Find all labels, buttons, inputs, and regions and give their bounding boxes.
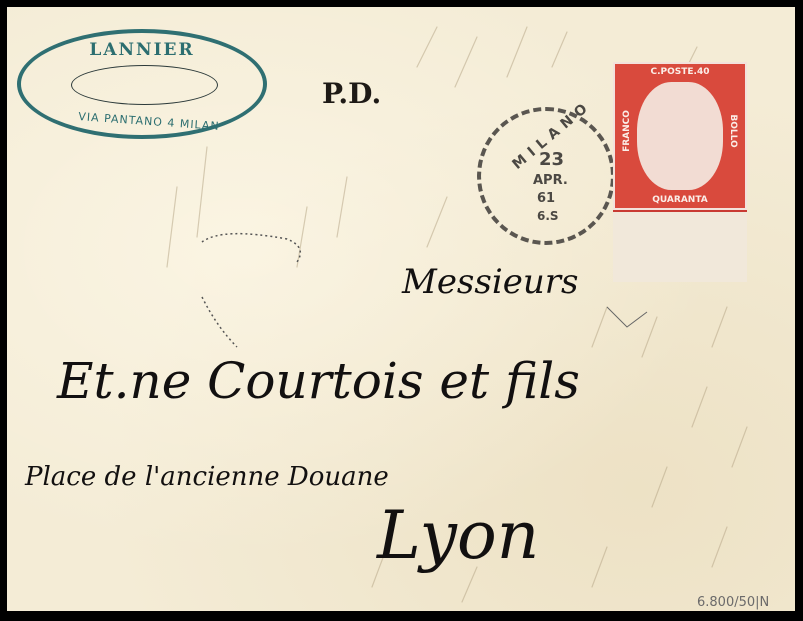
stamp-left-text: FRANCO [622, 101, 632, 161]
postage-stamp-40c: C.POSTE.40 FRANCO BOLLO QUARANTA [613, 62, 747, 210]
catalog-pencil-note: 6.800/50|N [697, 595, 769, 610]
pd-marking: P.D. [322, 77, 381, 110]
postmark-day: 23 [539, 149, 564, 170]
milano-postmark: MILANO 23 APR. 61 6.S [477, 107, 615, 245]
stamp-sheet-margin [613, 210, 747, 282]
street-address: Place de l'ancienne Douane [25, 462, 389, 492]
destination-city: Lyon [377, 497, 539, 574]
postmark-time: 6.S [537, 209, 559, 223]
addressee: Et.ne Courtois et fils [57, 352, 580, 410]
salutation: Messieurs [402, 262, 578, 302]
postmark-month: APR. [533, 173, 568, 188]
stamp-top-text: C.POSTE.40 [615, 67, 745, 77]
sender-firm-name: LANNIER [67, 40, 217, 60]
stamp-embossed-portrait [637, 82, 723, 190]
stamp-right-text: BOLLO [728, 101, 738, 161]
oval-inner-ring [71, 65, 218, 105]
stamp-bottom-text: QUARANTA [615, 195, 745, 205]
postal-cover: LANNIER VIA PANTANO 4 MILAN P.D. MILANO … [7, 7, 795, 611]
postmark-year: 61 [537, 191, 555, 206]
